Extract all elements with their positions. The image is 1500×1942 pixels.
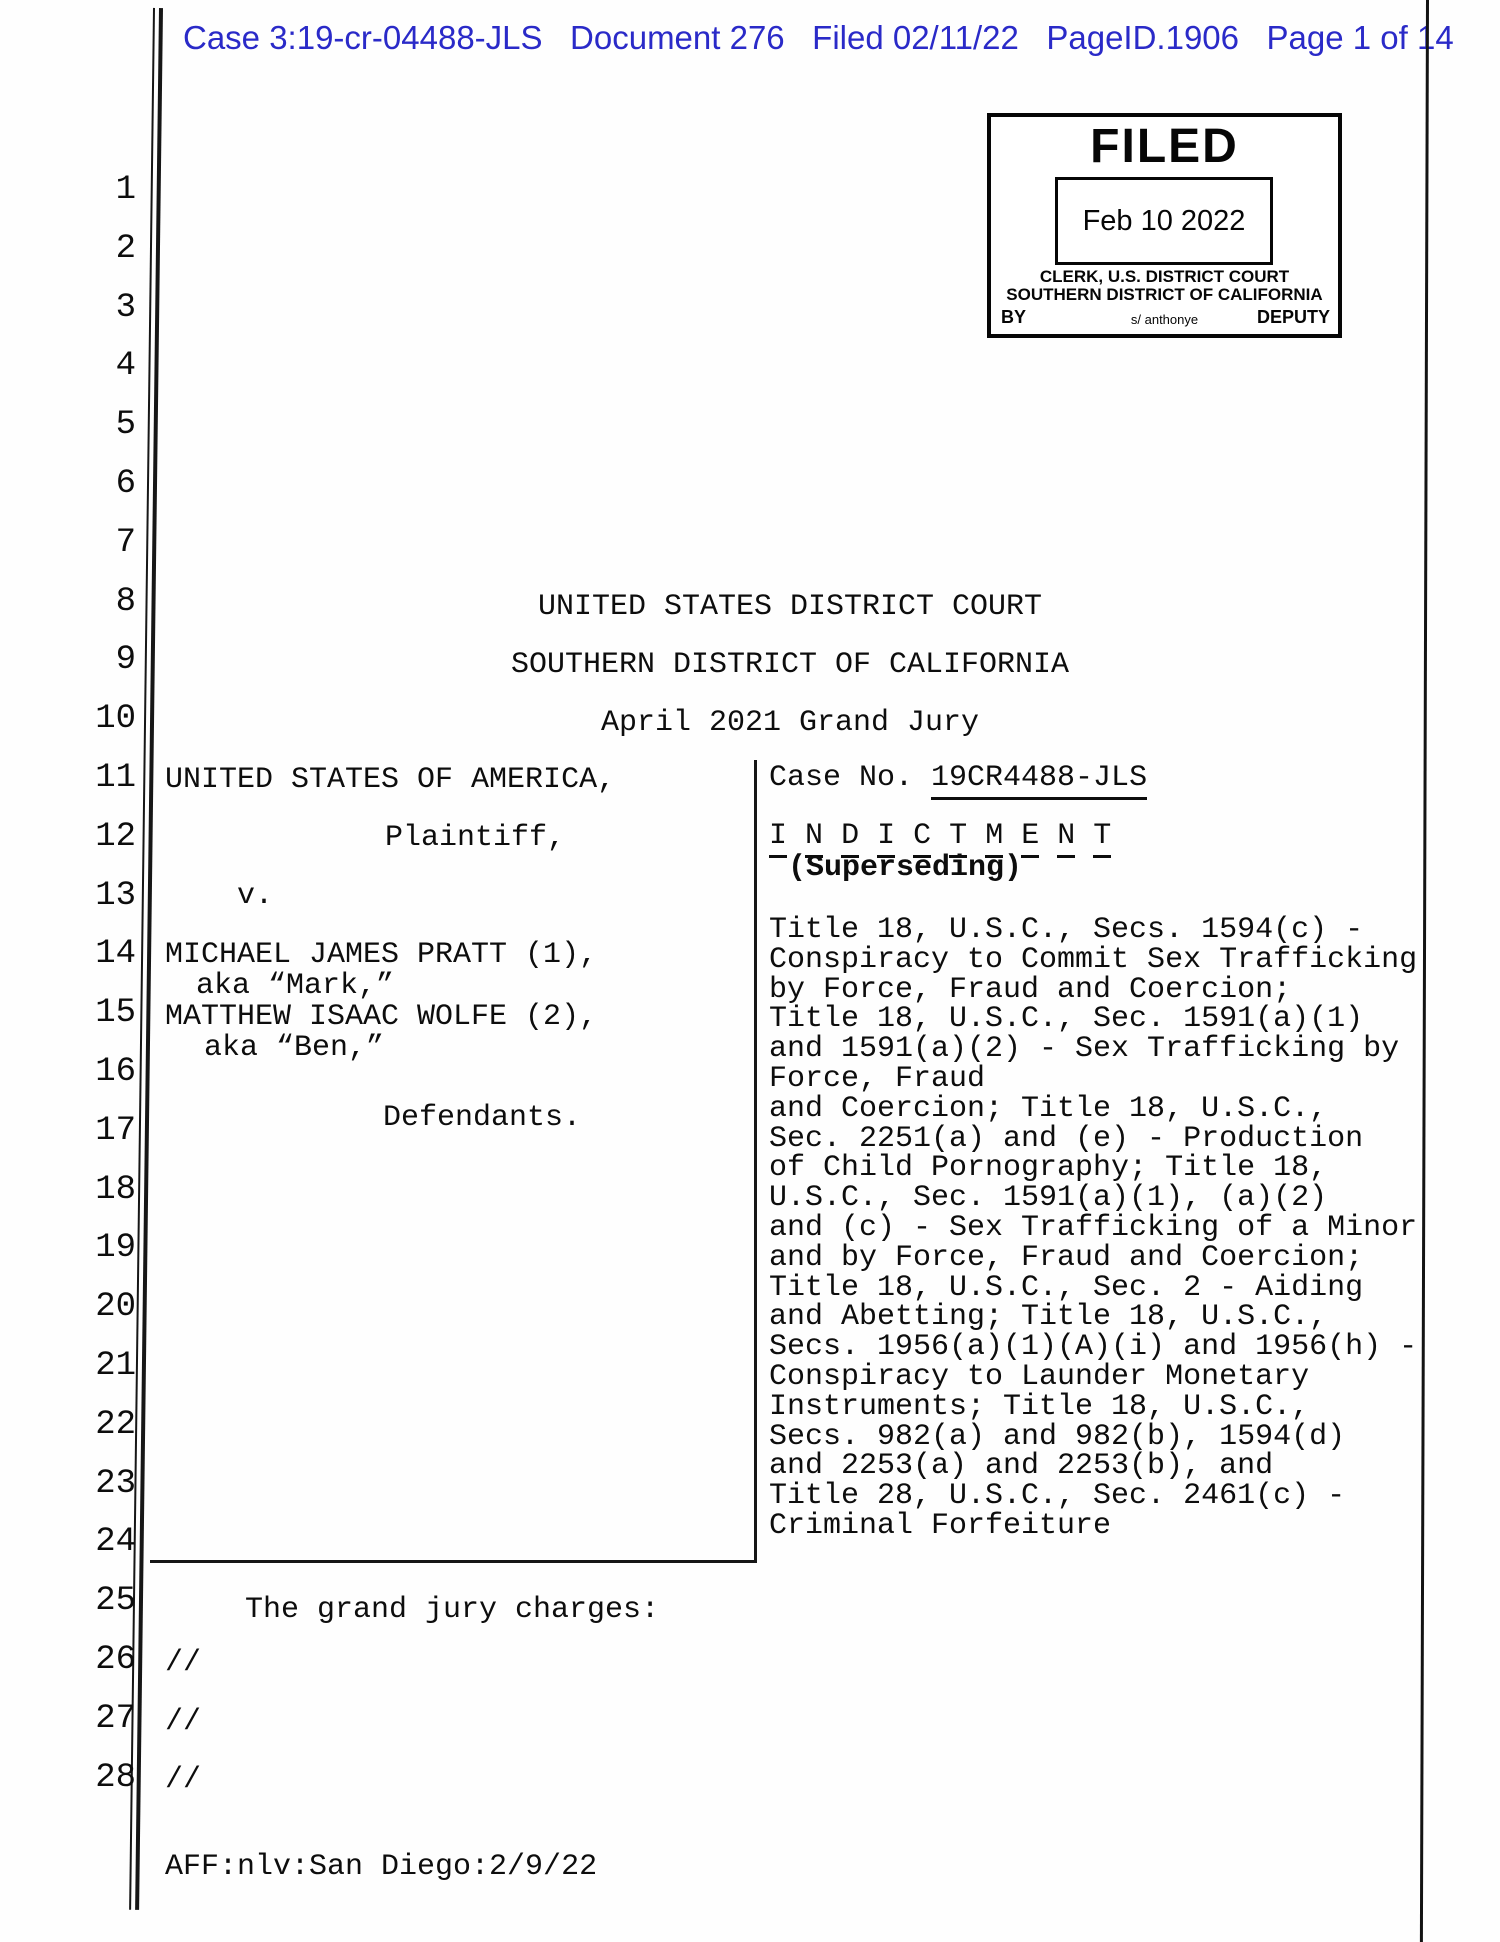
line-number: 3 <box>0 290 136 349</box>
charge-line: Conspiracy to Launder Monetary <box>769 1363 1417 1393</box>
line-number: 10 <box>0 701 136 760</box>
line-number: 4 <box>0 348 136 407</box>
line-number: 17 <box>0 1113 136 1172</box>
line-number: 13 <box>0 878 136 937</box>
filed-date: Feb 10 2022 <box>1083 205 1246 238</box>
line-number: 21 <box>0 1348 136 1407</box>
grand-jury-term: April 2021 Grand Jury <box>150 708 1430 738</box>
line-number: 15 <box>0 995 136 1054</box>
line-number: 9 <box>0 642 136 701</box>
line-number: 19 <box>0 1230 136 1289</box>
court-name: UNITED STATES DISTRICT COURT <box>150 592 1430 622</box>
continuation-mark-3: // <box>165 1765 201 1795</box>
filed-date-box: Feb 10 2022 <box>1055 177 1273 265</box>
indictment-title: I N D I C T M E N T <box>769 821 1111 851</box>
defendant-2-aka: aka “Ben,” <box>204 1033 384 1063</box>
line-number: 23 <box>0 1466 136 1525</box>
page-edge-line <box>1420 0 1429 1942</box>
defendants-role: Defendants. <box>383 1103 581 1133</box>
case-number-value: 19CR4488-JLS <box>931 761 1147 800</box>
charge-line: Title 18, U.S.C., Secs. 1594(c) - <box>769 916 1417 946</box>
deputy-label: DEPUTY <box>1257 307 1330 328</box>
clerk-court-line: CLERK, U.S. DISTRICT COURT <box>991 267 1338 287</box>
caption-divider <box>754 760 757 1561</box>
charges-list: Title 18, U.S.C., Secs. 1594(c) -Conspir… <box>769 916 1417 1542</box>
charge-line: Criminal Forfeiture <box>769 1512 1417 1542</box>
footer-reference: AFF:nlv:San Diego:2/9/22 <box>165 1852 597 1882</box>
line-number: 6 <box>0 466 136 525</box>
line-number: 12 <box>0 819 136 878</box>
charge-line: U.S.C., Sec. 1591(a)(1), (a)(2) <box>769 1184 1417 1214</box>
case-number-label: Case No. <box>769 761 931 795</box>
defendant-2-name: MATTHEW ISAAC WOLFE (2), <box>165 1002 597 1032</box>
plaintiff-name: UNITED STATES OF AMERICA, <box>165 765 615 795</box>
clerk-district-line: SOUTHERN DISTRICT OF CALIFORNIA <box>991 285 1338 305</box>
line-number: 22 <box>0 1407 136 1466</box>
filed-stamp-title: FILED <box>991 119 1338 174</box>
line-number: 28 <box>0 1760 136 1819</box>
line-number: 24 <box>0 1524 136 1583</box>
line-number: 1 <box>0 172 136 231</box>
charge-line: Conspiracy to Commit Sex Trafficking <box>769 946 1417 976</box>
charge-line: Force, Fraud <box>769 1065 1417 1095</box>
line-number: 26 <box>0 1642 136 1701</box>
line-number: 16 <box>0 1054 136 1113</box>
charge-line: and 2253(a) and 2253(b), and <box>769 1452 1417 1482</box>
grand-jury-charges-line: The grand jury charges: <box>245 1595 659 1625</box>
line-number-column: 1234567891011121314151617181920212223242… <box>0 172 136 1818</box>
charge-line: and by Force, Fraud and Coercion; <box>769 1244 1417 1274</box>
caption-bottom-rule <box>150 1560 757 1563</box>
line-number: 5 <box>0 407 136 466</box>
filed-stamp: FILED Feb 10 2022 CLERK, U.S. DISTRICT C… <box>987 113 1342 338</box>
charge-line: and Abetting; Title 18, U.S.C., <box>769 1303 1417 1333</box>
plaintiff-role: Plaintiff, <box>385 823 565 853</box>
charge-line: of Child Pornography; Title 18, <box>769 1154 1417 1184</box>
charge-line: Secs. 982(a) and 982(b), 1594(d) <box>769 1423 1417 1453</box>
line-number: 2 <box>0 231 136 290</box>
charge-line: and Coercion; Title 18, U.S.C., <box>769 1095 1417 1125</box>
line-number: 8 <box>0 584 136 643</box>
line-number: 11 <box>0 760 136 819</box>
superseding-subtitle: (Superseding) <box>788 853 1022 883</box>
continuation-mark-1: // <box>165 1648 201 1678</box>
document-page: Case 3:19-cr-04488-JLS Document 276 File… <box>0 0 1500 1942</box>
charge-line: Secs. 1956(a)(1)(A)(i) and 1956(h) - <box>769 1333 1417 1363</box>
line-number: 14 <box>0 936 136 995</box>
defendant-1-name: MICHAEL JAMES PRATT (1), <box>165 940 597 970</box>
continuation-mark-2: // <box>165 1707 201 1737</box>
charge-line: Title 28, U.S.C., Sec. 2461(c) - <box>769 1482 1417 1512</box>
ecf-header-stamp: Case 3:19-cr-04488-JLS Document 276 File… <box>183 20 1454 56</box>
charge-line: by Force, Fraud and Coercion; <box>769 976 1417 1006</box>
charge-line: and (c) - Sex Trafficking of a Minor <box>769 1214 1417 1244</box>
case-number-line: Case No. 19CR4488-JLS <box>769 763 1147 793</box>
charge-line: Instruments; Title 18, U.S.C., <box>769 1393 1417 1423</box>
charge-line: Sec. 2251(a) and (e) - Production <box>769 1125 1417 1155</box>
court-district: SOUTHERN DISTRICT OF CALIFORNIA <box>150 650 1430 680</box>
charge-line: and 1591(a)(2) - Sex Trafficking by <box>769 1035 1417 1065</box>
charge-line: Title 18, U.S.C., Sec. 1591(a)(1) <box>769 1005 1417 1035</box>
line-number: 20 <box>0 1289 136 1348</box>
line-number: 25 <box>0 1583 136 1642</box>
line-number: 18 <box>0 1172 136 1231</box>
defendant-1-aka: aka “Mark,” <box>196 971 394 1001</box>
line-number: 27 <box>0 1701 136 1760</box>
versus-label: v. <box>237 881 273 911</box>
charge-line: Title 18, U.S.C., Sec. 2 - Aiding <box>769 1274 1417 1304</box>
line-number: 7 <box>0 525 136 584</box>
